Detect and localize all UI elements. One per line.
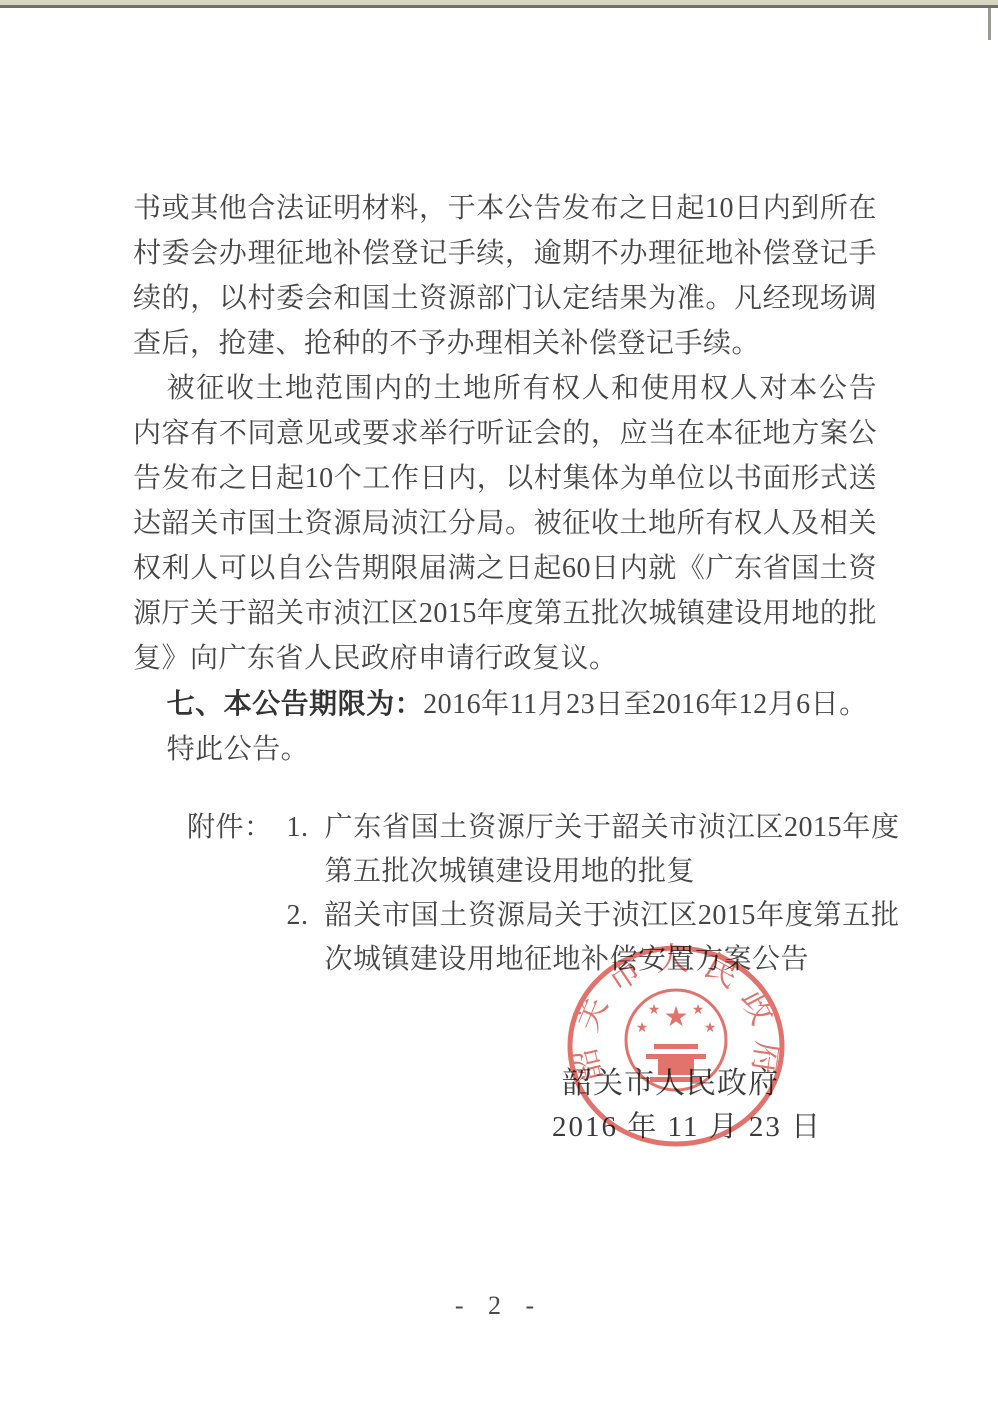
scanner-right-edge-mark bbox=[988, 8, 991, 40]
document-body: 书或其他合法证明材料，于本公告发布之日起10日内到所在村委会办理征地补偿登记手续… bbox=[133, 186, 877, 772]
emblem-small-star-icon: ★ bbox=[636, 1020, 649, 1036]
attachments-label: 附件： bbox=[187, 806, 273, 850]
official-red-seal: 韶关市人民政府 ★ ★ ★ ★ ★ bbox=[564, 942, 788, 1150]
attachment-number: 1. bbox=[287, 806, 309, 850]
emblem-big-star-icon: ★ bbox=[663, 1000, 688, 1033]
government-seal-icon: 韶关市人民政府 ★ ★ ★ ★ ★ bbox=[564, 942, 788, 1150]
attachment-item: 1. 广东省国土资源厅关于韶关市浈江区2015年度第五批次城镇建设用地的批复 bbox=[287, 806, 900, 894]
deadline-dates: 2016年11月23日至2016年12月6日。 bbox=[423, 689, 867, 720]
emblem-gate-icon bbox=[646, 1044, 706, 1082]
attachment-number: 2. bbox=[287, 894, 309, 938]
attachment-title: 广东省国土资源厅关于韶关市浈江区2015年度第五批次城镇建设用地的批复 bbox=[325, 806, 900, 894]
scanned-document-page: 书或其他合法证明材料，于本公告发布之日起10日内到所在村委会办理征地补偿登记手续… bbox=[0, 0, 998, 1408]
emblem-small-star-icon: ★ bbox=[704, 1020, 717, 1036]
paragraph-registration: 书或其他合法证明材料，于本公告发布之日起10日内到所在村委会办理征地补偿登记手续… bbox=[133, 186, 877, 366]
paragraph-hearing-rights: 被征收土地范围内的土地所有权人和使用权人对本公告内容有不同意见或要求举行听证会的… bbox=[133, 366, 877, 681]
deadline-heading: 七、本公告期限为： bbox=[167, 688, 424, 719]
paragraph-deadline: 七、本公告期限为：2016年11月23日至2016年12月6日。 bbox=[133, 681, 877, 727]
page-number: - 2 - bbox=[0, 1291, 998, 1321]
closing-statement: 特此公告。 bbox=[133, 727, 877, 772]
emblem-small-star-icon: ★ bbox=[648, 1002, 661, 1018]
scanner-top-edge-line bbox=[0, 5, 998, 8]
emblem-small-star-icon: ★ bbox=[692, 1002, 705, 1018]
